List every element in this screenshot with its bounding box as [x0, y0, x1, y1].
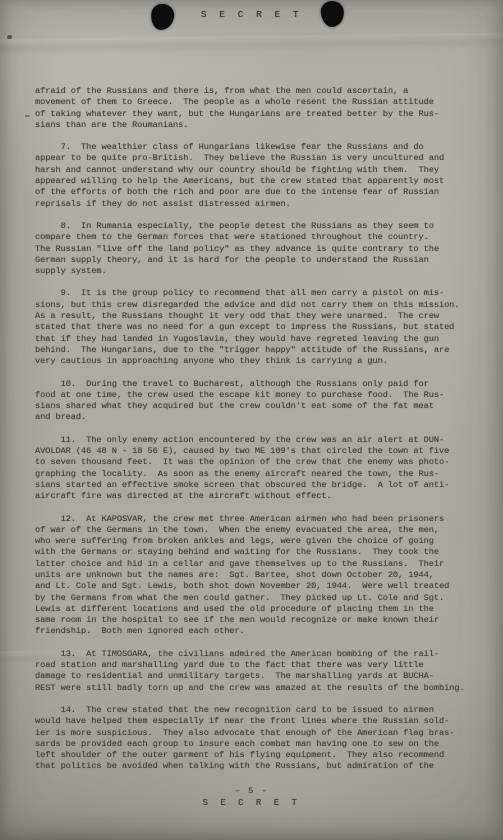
classification-stamp-bottom: S E C R E T	[0, 798, 503, 809]
page-number: - 5 -	[0, 786, 503, 797]
paragraph-13: 13. At TIMOSOARA, the civilians admired …	[35, 649, 497, 694]
paragraph-6-continuation: afraid of the Russians and there is, fro…	[35, 86, 497, 131]
paragraph-10: 10. During the travel to Bucharest, alth…	[35, 379, 497, 424]
paragraph-12: 12. At KAPOSVAR, the crew met three Amer…	[35, 514, 497, 638]
paragraph-8: 8. In Rumania especially, the people det…	[35, 221, 497, 277]
paragraph-14: 14. The crew stated that the new recogni…	[35, 705, 497, 773]
paragraph-7: 7. The wealthier class of Hungarians lik…	[35, 142, 497, 210]
scanned-document-page: S E C R E T afraid of the Russians and t…	[0, 0, 503, 840]
ink-speck	[7, 35, 12, 39]
paper-crease-top	[0, 32, 503, 55]
page-footer: - 5 - S E C R E T	[0, 786, 503, 809]
document-body: afraid of the Russians and there is, fro…	[35, 86, 497, 784]
classification-stamp-top: S E C R E T	[0, 9, 503, 20]
ink-speck	[25, 115, 30, 117]
paragraph-9: 9. It is the group policy to recommend t…	[35, 288, 497, 367]
paragraph-11: 11. The only enemy action encountered by…	[35, 435, 497, 503]
